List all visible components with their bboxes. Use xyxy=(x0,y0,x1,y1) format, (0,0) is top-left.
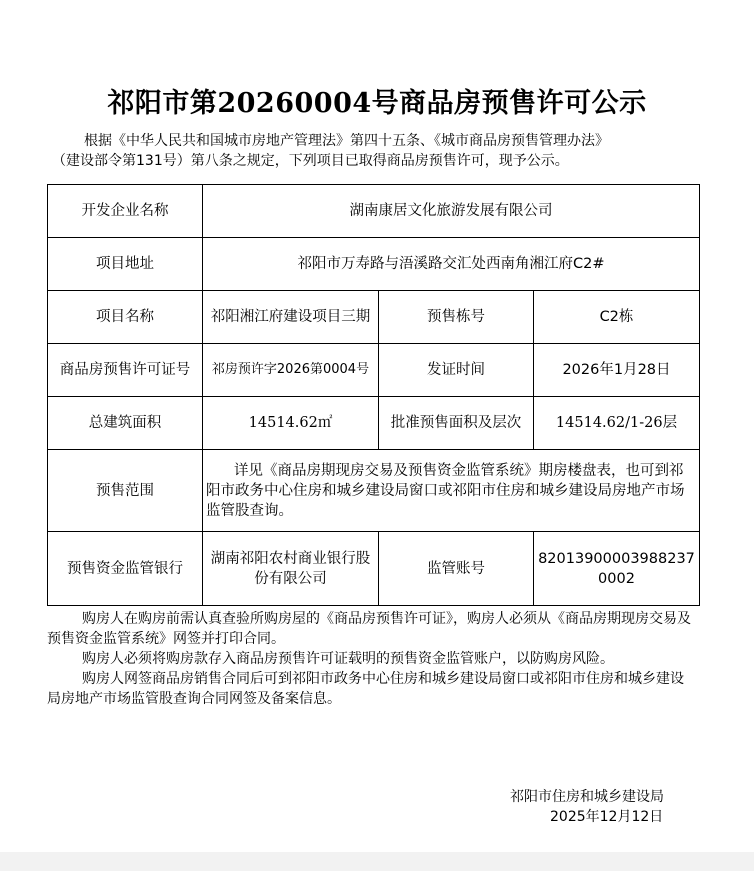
permit-no-label: 商品房预售许可证号 xyxy=(48,344,203,397)
signature-block: 祁阳市住房和城乡建设局 2025年12月12日 xyxy=(510,787,664,827)
table-row-address: 项目地址 祁阳市万寿路与浯溪路交汇处西南角湘江府C2# xyxy=(48,238,700,291)
building-no-value: C2栋 xyxy=(534,291,700,344)
address-value: 祁阳市万寿路与浯溪路交汇处西南角湘江府C2# xyxy=(203,238,700,291)
table-row-scope: 预售范围 详见《商品房期现房交易及预售资金监管系统》期房楼盘表，也可到祁阳市政务… xyxy=(48,450,700,532)
table-row-permit: 商品房预售许可证号 祁房预许字2026第0004号 发证时间 2026年1月28… xyxy=(48,344,700,397)
developer-label: 开发企业名称 xyxy=(48,185,203,238)
notice-3: 购房人网签商品房销售合同后可到祁阳市政务中心住房和城乡建设局窗口或祁阳市住房和城… xyxy=(47,669,697,709)
permit-no-value: 祁房预许字2026第0004号 xyxy=(203,344,379,397)
developer-value: 湖南康居文化旅游发展有限公司 xyxy=(203,185,700,238)
buyer-notices: 购房人在购房前需认真查验所购房屋的《商品房预售许可证》，购房人必须从《商品房期现… xyxy=(47,609,697,709)
intro-line-1: 根据《中华人民共和国城市房地产管理法》第四十五条、《城市商品房预售管理办法》 xyxy=(84,133,609,149)
notice-1: 购房人在购房前需认真查验所购房屋的《商品房预售许可证》，购房人必须从《商品房期现… xyxy=(47,609,697,649)
signature-date: 2025年12月12日 xyxy=(510,807,664,827)
scope-label: 预售范围 xyxy=(48,450,203,532)
total-area-value: 14514.62㎡ xyxy=(203,397,379,450)
intro-paragraph: 根据《中华人民共和国城市房地产管理法》第四十五条、《城市商品房预售管理办法》 （… xyxy=(56,131,706,171)
approved-area-label: 批准预售面积及层次 xyxy=(379,397,534,450)
page-title: 祁阳市第20260004号商品房预售许可公示 xyxy=(0,86,754,122)
issue-date-value: 2026年1月28日 xyxy=(534,344,700,397)
account-value: 82013900003988237 0002 xyxy=(534,532,700,606)
notice-2: 购房人必须将购房款存入商品房预售许可证载明的预售资金监管账户，以防购房风险。 xyxy=(47,649,697,669)
table-row-area: 总建筑面积 14514.62㎡ 批准预售面积及层次 14514.62/1-26层 xyxy=(48,397,700,450)
table-row-developer: 开发企业名称 湖南康居文化旅游发展有限公司 xyxy=(48,185,700,238)
table-row-project: 项目名称 祁阳湘江府建设项目三期 预售栋号 C2栋 xyxy=(48,291,700,344)
intro-line-2: （建设部令第131号）第八条之规定，下列项目已取得商品房预售许可，现予公示。 xyxy=(52,151,706,171)
project-name-label: 项目名称 xyxy=(48,291,203,344)
approved-area-value: 14514.62/1-26层 xyxy=(534,397,700,450)
page-bottom-bar xyxy=(0,852,754,871)
account-label: 监管账号 xyxy=(379,532,534,606)
issuing-authority: 祁阳市住房和城乡建设局 xyxy=(510,789,664,805)
bank-label: 预售资金监管银行 xyxy=(48,532,203,606)
issue-date-label: 发证时间 xyxy=(379,344,534,397)
table-row-bank: 预售资金监管银行 湖南祁阳农村商业银行股份有限公司 监管账号 820139000… xyxy=(48,532,700,606)
scope-value: 详见《商品房期现房交易及预售资金监管系统》期房楼盘表，也可到祁阳市政务中心住房和… xyxy=(203,450,700,532)
total-area-label: 总建筑面积 xyxy=(48,397,203,450)
bank-value: 湖南祁阳农村商业银行股份有限公司 xyxy=(203,532,379,606)
project-name-value: 祁阳湘江府建设项目三期 xyxy=(203,291,379,344)
address-label: 项目地址 xyxy=(48,238,203,291)
permit-info-table: 开发企业名称 湖南康居文化旅游发展有限公司 项目地址 祁阳市万寿路与浯溪路交汇处… xyxy=(47,184,700,606)
building-no-label: 预售栋号 xyxy=(379,291,534,344)
